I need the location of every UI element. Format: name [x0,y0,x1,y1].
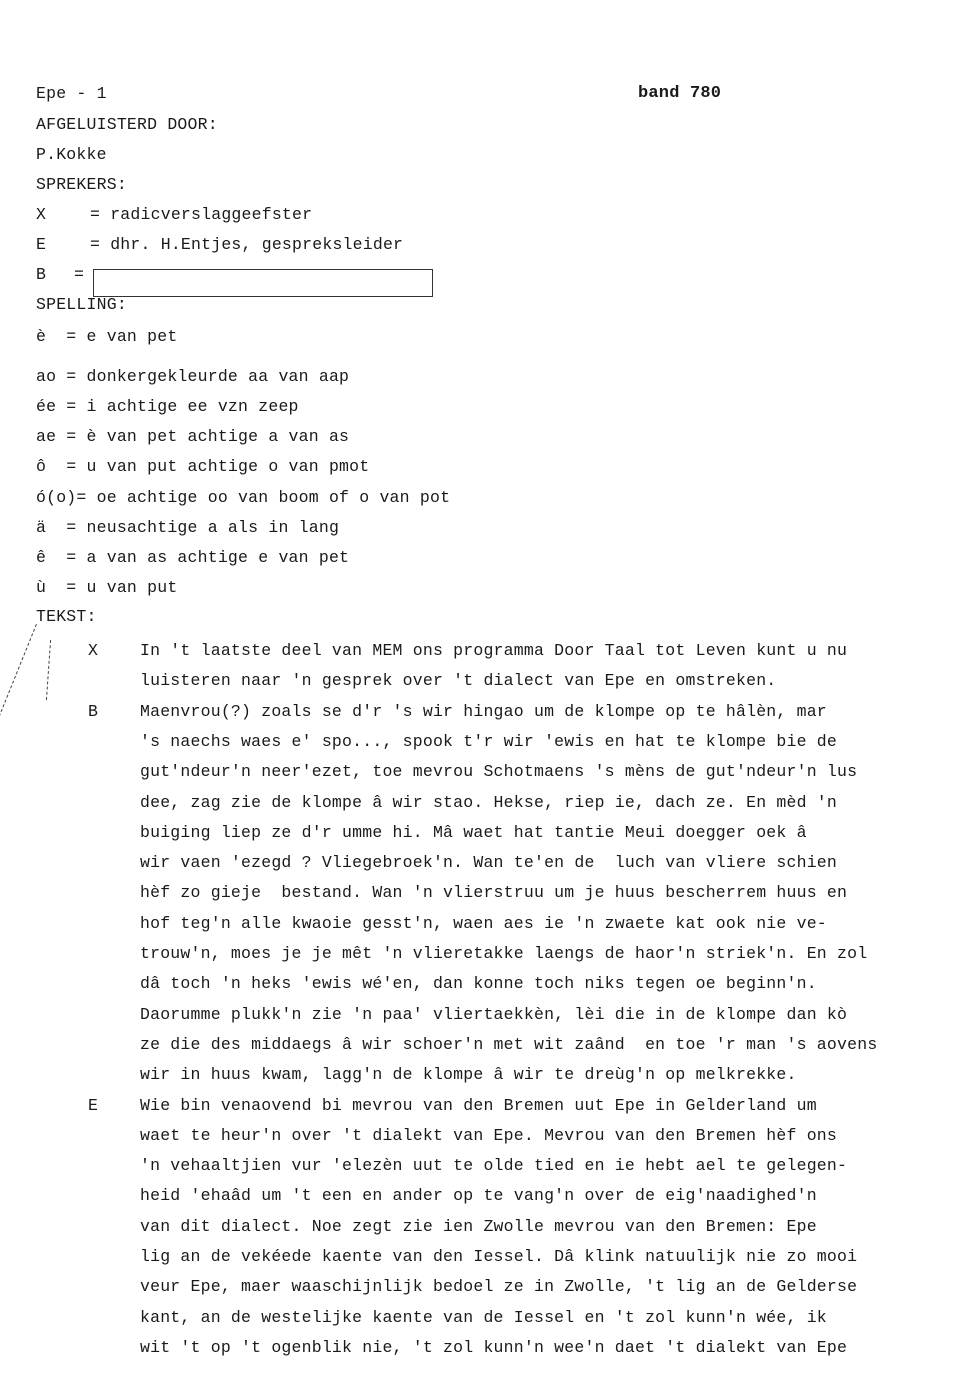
transcript-line: buiging liep ze d'r umme hi. Mâ waet hat… [140,823,807,843]
speaker-x-code: X [36,205,46,225]
transcript-line: hof teg'n alle kwaoie gesst'n, waen aes … [140,914,827,934]
listened-by-label: AFGELUISTERD DOOR: [36,115,218,135]
transcript-line: gut'ndeur'n neer'ezet, toe mevrou Schotm… [140,762,857,782]
transcript-line: lig an de vekéede kaente van den Iessel.… [140,1247,857,1267]
transcript-line: heid 'ehaâd um 't een en ander op te van… [140,1186,817,1206]
transcript-line: wit 't op 't ogenblik nie, 't zol kunn'n… [140,1338,847,1358]
transcript-line: 's naechs waes e' spo..., spook t'r wir … [140,732,837,752]
spelling-entry: ä = neusachtige a als in lang [36,518,339,538]
speaker-x-desc: = radicverslaggeefster [90,205,312,225]
transcript-line: trouw'n, moes je je mêt 'n vlieretakke l… [140,944,867,964]
transcript-line: waet te heur'n over 't dialekt van Epe. … [140,1126,837,1146]
transcript-line: kant, an de westelijke kaente van de Ies… [140,1308,827,1328]
transcript-line: veur Epe, maer waaschijnlijk bedoel ze i… [140,1277,857,1297]
speaker-b-code: B [36,265,46,285]
spelling-entry: è = e van pet [36,327,177,347]
transcript-line: van dit dialect. Noe zegt zie ien Zwolle… [140,1217,817,1237]
transcript-line: Maenvrou(?) zoals se d'r 's wir hingao u… [140,702,827,722]
transcript-line: In 't laatste deel van MEM ons programma… [140,641,847,661]
spelling-entry: ù = u van put [36,578,177,598]
speaker-e-code: E [36,235,46,255]
spelling-label: SPELLING: [36,295,127,315]
transcript-line: luisteren naar 'n gesprek over 't dialec… [140,671,776,691]
spelling-entry: ao = donkergekleurde aa van aap [36,367,349,387]
spelling-entry: ô = u van put achtige o van pmot [36,457,369,477]
speaker-b-eq: = [74,265,84,285]
spelling-entry: ê = a van as achtige e van pet [36,548,349,568]
speaker-code: E [88,1096,98,1116]
redaction-box [93,269,433,297]
speaker-code: X [88,641,98,661]
listened-by-name: P.Kokke [36,145,107,165]
transcript-line: dee, zag zie de klompe â wir stao. Hekse… [140,793,837,813]
transcript-line: 'n vehaaltjien vur 'elezèn uut te olde t… [140,1156,847,1176]
pencil-mark [0,624,37,736]
transcript-line: Wie bin venaovend bi mevrou van den Brem… [140,1096,817,1116]
transcript-line: wir vaen 'ezegd ? Vliegebroek'n. Wan te'… [140,853,837,873]
transcript-line: wir in huus kwam, lagg'n de klompe â wir… [140,1065,797,1085]
transcript-line: dâ toch 'n heks 'ewis wé'en, dan konne t… [140,974,817,994]
pencil-mark [46,640,51,700]
spelling-entry: ée = i achtige ee vzn zeep [36,397,299,417]
tape-number: band 780 [638,84,721,104]
speaker-code: B [88,702,98,722]
transcript-line: hèf zo gieje bestand. Wan 'n vlierstruu … [140,883,847,903]
transcript-line: ze die des middaegs â wir schoer'n met w… [140,1035,877,1055]
speakers-label: SPREKERS: [36,175,127,195]
page-id: Epe - 1 [36,84,107,104]
spelling-entry: ae = è van pet achtige a van as [36,427,349,447]
text-label: TEKST: [36,607,97,627]
speaker-e-desc: = dhr. H.Entjes, gespreksleider [90,235,403,255]
transcript-line: Daorumme plukk'n zie 'n paa' vliertaekkè… [140,1005,847,1025]
spelling-entry: ó(o)= oe achtige oo van boom of o van po… [36,488,450,508]
